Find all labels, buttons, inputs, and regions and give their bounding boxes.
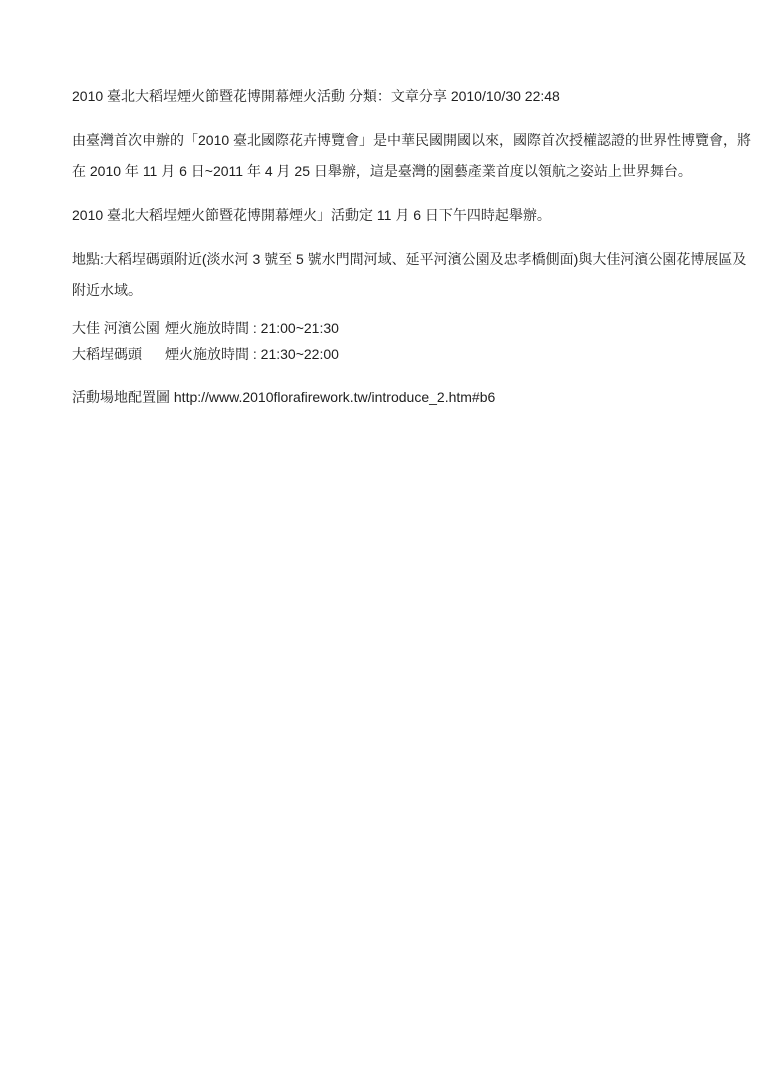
location-line-2: 附近水域。	[72, 282, 142, 298]
intro-paragraph: 由臺灣首次申辦的「2010 臺北國際花卉博覽會」是中華民國開國以來，國際首次授權…	[72, 125, 712, 187]
intro-line-2: 在 2010 年 11 月 6 日~2011 年 4 月 25 日舉辦，這是臺灣…	[72, 163, 692, 179]
post-datetime: 2010/10/30 22:48	[451, 88, 560, 104]
location-line-1: 地點:大稻埕碼頭附近(淡水河 3 號至 5 號水門間河域、延平河濱公園及忠孝橋側…	[72, 251, 746, 267]
fireworks-schedule: 大佳 河濱公園煙火施放時間 : 21:00~21:30 大稻埕碼頭煙火施放時間 …	[72, 315, 712, 367]
schedule-row-dadaocheng: 大稻埕碼頭煙火施放時間 : 21:30~22:00	[72, 346, 339, 362]
site-map-label: 活動場地配置圖	[72, 389, 170, 405]
schedule-venue-dadaocheng: 大稻埕碼頭	[72, 341, 165, 367]
location-paragraph: 地點:大稻埕碼頭附近(淡水河 3 號至 5 號水門間河域、延平河濱公園及忠孝橋側…	[72, 244, 712, 306]
schedule-row-dajia: 大佳 河濱公園煙火施放時間 : 21:00~21:30	[72, 320, 339, 336]
schedule-label-dajia: 煙火施放時間 :	[165, 320, 257, 336]
post-title-line: 2010 臺北大稻埕煙火節暨花博開幕煙火活動 分類：文章分享 2010/10/3…	[72, 81, 712, 112]
event-date-line: 2010 臺北大稻埕煙火節暨花博開幕煙火」活動定 11 月 6 日下午四時起舉辦…	[72, 207, 551, 223]
site-map-url: http://www.2010florafirework.tw/introduc…	[174, 389, 495, 405]
post-category-label: 分類：文章分享	[349, 88, 447, 104]
schedule-label-dadaocheng: 煙火施放時間 :	[165, 346, 257, 362]
site-map-paragraph: 活動場地配置圖 http://www.2010florafirework.tw/…	[72, 382, 712, 413]
event-date-paragraph: 2010 臺北大稻埕煙火節暨花博開幕煙火」活動定 11 月 6 日下午四時起舉辦…	[72, 200, 712, 231]
post-title: 2010 臺北大稻埕煙火節暨花博開幕煙火活動	[72, 88, 345, 104]
document-page: 2010 臺北大稻埕煙火節暨花博開幕煙火活動 分類：文章分享 2010/10/3…	[0, 0, 768, 1087]
schedule-venue-dajia: 大佳 河濱公園	[72, 315, 165, 341]
intro-line-1: 由臺灣首次申辦的「2010 臺北國際花卉博覽會」是中華民國開國以來，國際首次授權…	[72, 132, 751, 148]
schedule-time-dadaocheng: 21:30~22:00	[261, 346, 339, 362]
schedule-time-dajia: 21:00~21:30	[261, 320, 339, 336]
